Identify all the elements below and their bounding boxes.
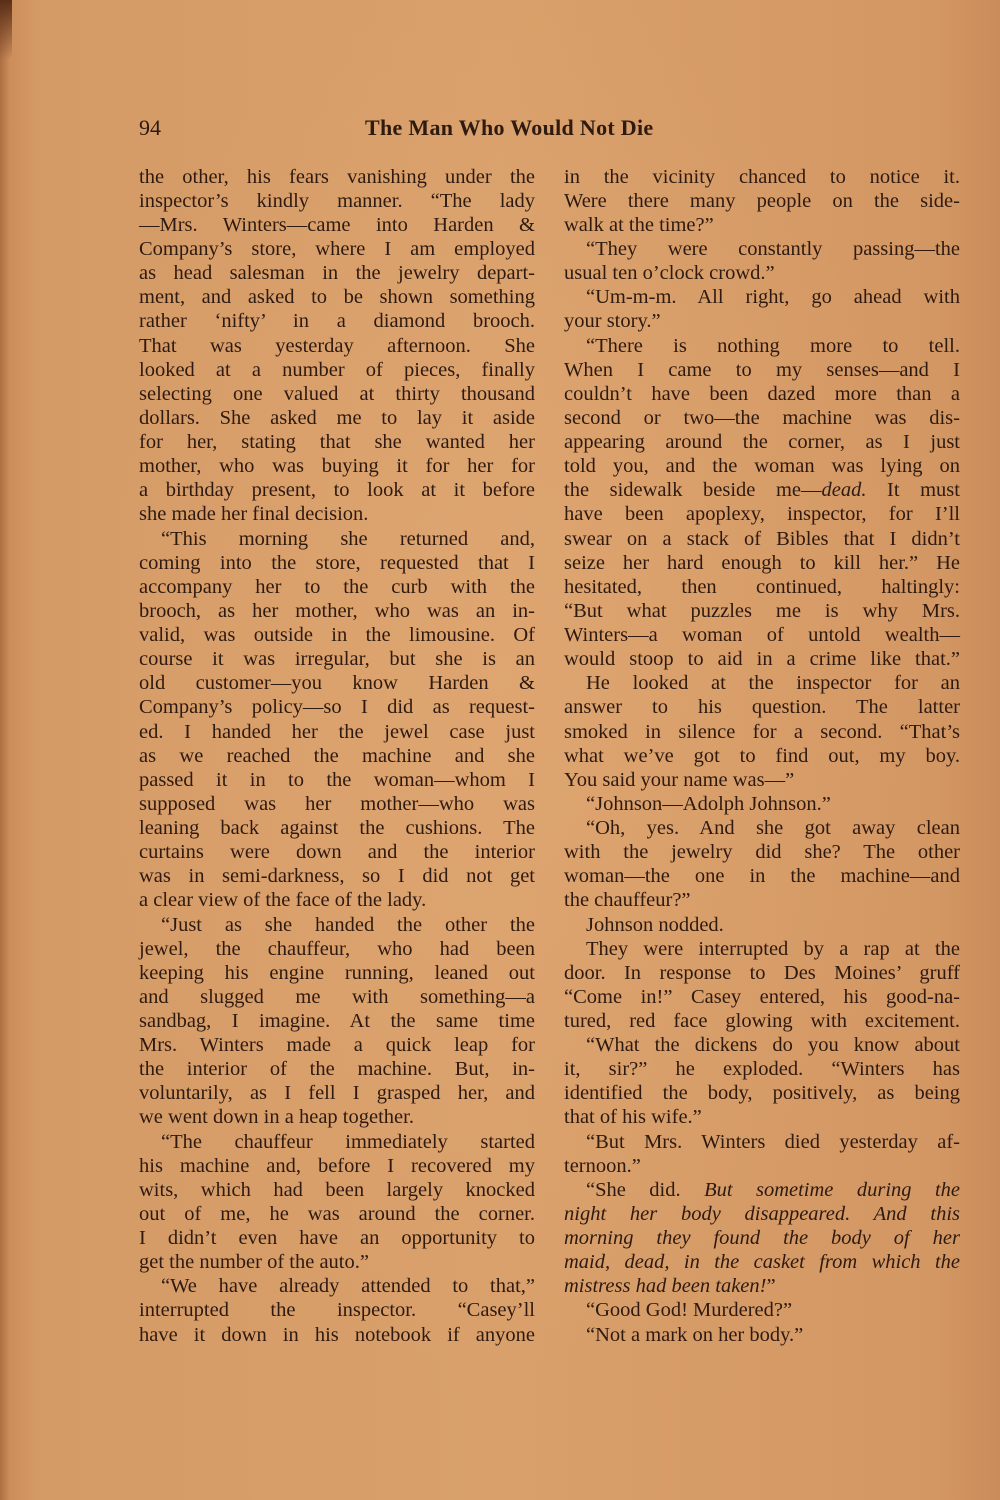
text-run: couldn’t have been dazed more than a xyxy=(564,383,960,405)
text-line: Johnson nodded. xyxy=(564,913,960,937)
text-run: “Good God! Murdered?” xyxy=(586,1299,792,1321)
text-run: voluntarily, as I fell I grasped her, an… xyxy=(139,1082,535,1104)
text-line: —Mrs. Winters—came into Harden & xyxy=(139,213,535,237)
text-run: mother, who was buying it for her for xyxy=(139,455,535,477)
text-line: accompany her to the curb with the xyxy=(139,575,535,599)
text-line: his machine and, before I recovered my xyxy=(139,1154,535,1178)
text-line: Mrs. Winters made a quick leap for xyxy=(139,1033,535,1057)
text-run: inspector’s kindly manner. “The lady xyxy=(139,190,535,212)
text-run: seize her hard enough to kill her.” He xyxy=(564,552,960,574)
text-line: the chauffeur?” xyxy=(564,888,960,912)
text-line: have it down in his notebook if anyone xyxy=(139,1323,535,1347)
text-run: answer to his question. The latter xyxy=(564,696,960,718)
text-line: “There is nothing more to tell. xyxy=(564,334,960,358)
text-line: “Come in!” Casey entered, his good-na- xyxy=(564,985,960,1009)
text-line: identified the body, positively, as bein… xyxy=(564,1081,960,1105)
text-line: course it was irregular, but she is an xyxy=(139,647,535,671)
text-line: morning they found the body of her xyxy=(564,1226,960,1250)
text-run: interrupted the inspector. “Casey’ll xyxy=(139,1299,535,1321)
text-line: the interior of the machine. But, in- xyxy=(139,1057,535,1081)
text-run: and slugged me with something—a xyxy=(139,986,535,1008)
text-run: a clear view of the face of the lady. xyxy=(139,889,426,911)
text-line: “Not a mark on her body.” xyxy=(564,1323,960,1347)
text-run: appearing around the corner, as I just xyxy=(564,431,960,453)
text-line: hesitated, then continued, haltingly: xyxy=(564,575,960,599)
text-run: his machine and, before I recovered my xyxy=(139,1155,535,1177)
text-line: “What the dickens do you know about xyxy=(564,1033,960,1057)
text-run: coming into the store, requested that I xyxy=(139,552,535,574)
text-line: “Oh, yes. And she got away clean xyxy=(564,816,960,840)
italic-text-run: dead. xyxy=(822,479,867,501)
text-line: “They were constantly passing—the xyxy=(564,237,960,261)
text-run: rather ‘nifty’ in a diamond brooch. xyxy=(139,310,535,332)
text-line: “Um-m-m. All right, go ahead with xyxy=(564,285,960,309)
text-run: “There is nothing more to tell. xyxy=(586,335,960,357)
text-line: she made her final decision. xyxy=(139,502,535,526)
text-line: voluntarily, as I fell I grasped her, an… xyxy=(139,1081,535,1105)
text-line: Were there many people on the side- xyxy=(564,189,960,213)
text-line: smoked in silence for a second. “That’s xyxy=(564,720,960,744)
running-title: The Man Who Would Not Die xyxy=(365,114,653,142)
text-run: woman—the one in the machine—and xyxy=(564,865,960,887)
text-run: ternoon.” xyxy=(564,1155,641,1177)
text-run: swear on a stack of Bibles that I didn’t xyxy=(564,528,960,550)
text-line: usual ten o’clock crowd.” xyxy=(564,261,960,285)
text-run: “Come in!” Casey entered, his good-na- xyxy=(564,986,960,1008)
text-run: smoked in silence for a second. “That’s xyxy=(564,721,960,743)
italic-text-run: night her body disappeared. And this xyxy=(564,1203,960,1225)
text-run: she made her final decision. xyxy=(139,503,368,525)
text-line: would stoop to aid in a crime like that.… xyxy=(564,647,960,671)
text-line: told you, and the woman was lying on xyxy=(564,454,960,478)
text-run: “Just as she handed the other the xyxy=(161,914,535,936)
text-run: old customer—you know Harden & xyxy=(139,672,535,694)
text-run: “But Mrs. Winters died yesterday af- xyxy=(586,1131,960,1153)
text-line: mistress had been taken!” xyxy=(564,1274,960,1298)
text-run: that of his wife.” xyxy=(564,1106,702,1128)
text-run: Were there many people on the side- xyxy=(564,190,960,212)
text-run: “Oh, yes. And she got away clean xyxy=(586,817,960,839)
text-line: dollars. She asked me to lay it aside xyxy=(139,406,535,430)
text-run: selecting one valued at thirty thousand xyxy=(139,383,535,405)
text-run: looked at a number of pieces, finally xyxy=(139,359,535,381)
text-line: as we reached the machine and she xyxy=(139,744,535,768)
text-line: I didn’t even have an opportunity to xyxy=(139,1226,535,1250)
page-edge-stain xyxy=(0,0,12,60)
text-line: leaning back against the cushions. The xyxy=(139,816,535,840)
text-run: would stoop to aid in a crime like that.… xyxy=(564,648,960,670)
text-line: for her, stating that she wanted her xyxy=(139,430,535,454)
italic-text-run: maid, dead, in the casket from which the xyxy=(564,1251,960,1273)
text-run: was in semi-darkness, so I did not get xyxy=(139,865,535,887)
text-line: He looked at the inspector for an xyxy=(564,671,960,695)
text-line: keeping his engine running, leaned out xyxy=(139,961,535,985)
text-line: inspector’s kindly manner. “The lady xyxy=(139,189,535,213)
text-run: “She did. xyxy=(586,1179,704,1201)
text-run: passed it in to the woman—whom I xyxy=(139,769,535,791)
text-line: woman—the one in the machine—and xyxy=(564,864,960,888)
text-run: “But what puzzles me is why Mrs. xyxy=(564,600,960,622)
text-run: valid, was outside in the limousine. Of xyxy=(139,624,535,646)
text-run: we went down in a heap together. xyxy=(139,1106,414,1128)
text-line: passed it in to the woman—whom I xyxy=(139,768,535,792)
text-line: “Good God! Murdered?” xyxy=(564,1298,960,1322)
text-line: jewel, the chauffeur, who had been xyxy=(139,937,535,961)
text-line: Company’s store, where I am employed xyxy=(139,237,535,261)
text-line: interrupted the inspector. “Casey’ll xyxy=(139,1298,535,1322)
text-run: get the number of the auto.” xyxy=(139,1251,369,1273)
text-line: “Just as she handed the other the xyxy=(139,913,535,937)
text-line: walk at the time?” xyxy=(564,213,960,237)
text-line: “But what puzzles me is why Mrs. xyxy=(564,599,960,623)
text-run: second or two—the machine was dis- xyxy=(564,407,960,429)
text-run: “Um-m-m. All right, go ahead with xyxy=(586,286,960,308)
text-line: a birthday present, to look at it before xyxy=(139,478,535,502)
text-run: Mrs. Winters made a quick leap for xyxy=(139,1034,535,1056)
text-run: have it down in his notebook if anyone xyxy=(139,1324,535,1346)
text-line: have been apoplexy, inspector, for I’ll xyxy=(564,502,960,526)
text-run: Company’s policy—so I did as request- xyxy=(139,696,535,718)
text-line: wits, which had been largely knocked xyxy=(139,1178,535,1202)
text-line: looked at a number of pieces, finally xyxy=(139,358,535,382)
text-run: as head salesman in the jewelry depart- xyxy=(139,262,535,284)
text-run: ed. I handed her the jewel case just xyxy=(139,721,535,743)
text-line: second or two—the machine was dis- xyxy=(564,406,960,430)
page-header: 94 The Man Who Would Not Die xyxy=(139,114,969,144)
text-line: Company’s policy—so I did as request- xyxy=(139,695,535,719)
text-line: coming into the store, requested that I xyxy=(139,551,535,575)
text-line: They were interrupted by a rap at the xyxy=(564,937,960,961)
text-line: answer to his question. The latter xyxy=(564,695,960,719)
text-line: in the vicinity chanced to notice it. xyxy=(564,165,960,189)
text-line: You said your name was—” xyxy=(564,768,960,792)
text-line: a clear view of the face of the lady. xyxy=(139,888,535,912)
text-run: “This morning she returned and, xyxy=(161,528,535,550)
text-run: leaning back against the cushions. The xyxy=(139,817,535,839)
text-line: sandbag, I imagine. At the same time xyxy=(139,1009,535,1033)
text-run: curtains were down and the interior xyxy=(139,841,535,863)
text-run: ment, and asked to be shown something xyxy=(139,286,535,308)
text-run: sandbag, I imagine. At the same time xyxy=(139,1010,535,1032)
text-run: the sidewalk beside me— xyxy=(564,479,822,501)
text-line: with the jewelry did she? The other xyxy=(564,840,960,864)
text-run: walk at the time?” xyxy=(564,214,714,236)
text-run: dollars. She asked me to lay it aside xyxy=(139,407,535,429)
text-run: usual ten o’clock crowd.” xyxy=(564,262,775,284)
text-line: ternoon.” xyxy=(564,1154,960,1178)
text-line: old customer—you know Harden & xyxy=(139,671,535,695)
text-line: couldn’t have been dazed more than a xyxy=(564,382,960,406)
text-run: Winters—a woman of untold wealth— xyxy=(564,624,960,646)
text-run: the chauffeur?” xyxy=(564,889,691,911)
text-run: I didn’t even have an opportunity to xyxy=(139,1227,535,1249)
text-run: your story.” xyxy=(564,310,661,332)
text-line: ment, and asked to be shown something xyxy=(139,285,535,309)
text-line: door. In response to Des Moines’ gruff xyxy=(564,961,960,985)
text-run: tured, red face glowing with excitement. xyxy=(564,1010,960,1032)
text-run: with the jewelry did she? The other xyxy=(564,841,960,863)
text-run: for her, stating that she wanted her xyxy=(139,431,535,453)
text-line: When I came to my senses—and I xyxy=(564,358,960,382)
text-line: mother, who was buying it for her for xyxy=(139,454,535,478)
text-line: ed. I handed her the jewel case just xyxy=(139,720,535,744)
text-run: the interior of the machine. But, in- xyxy=(139,1058,535,1080)
text-line: out of me, he was around the corner. xyxy=(139,1202,535,1226)
text-line: curtains were down and the interior xyxy=(139,840,535,864)
text-line: supposed was her mother—who was xyxy=(139,792,535,816)
text-line: “Johnson—Adolph Johnson.” xyxy=(564,792,960,816)
text-line: that of his wife.” xyxy=(564,1105,960,1129)
text-run: wits, which had been largely knocked xyxy=(139,1179,535,1201)
text-run: “Not a mark on her body.” xyxy=(586,1324,803,1346)
text-line: your story.” xyxy=(564,309,960,333)
text-run: jewel, the chauffeur, who had been xyxy=(139,938,535,960)
text-run: course it was irregular, but she is an xyxy=(139,648,535,670)
text-run: Johnson nodded. xyxy=(586,914,724,936)
text-run: door. In response to Des Moines’ gruff xyxy=(564,962,960,984)
text-line: valid, was outside in the limousine. Of xyxy=(139,623,535,647)
text-run: keeping his engine running, leaned out xyxy=(139,962,535,984)
text-run: as we reached the machine and she xyxy=(139,745,535,767)
text-run: accompany her to the curb with the xyxy=(139,576,535,598)
text-run: —Mrs. Winters—came into Harden & xyxy=(139,214,535,236)
italic-text-run: mistress had been taken! xyxy=(564,1275,767,1297)
text-line: selecting one valued at thirty thousand xyxy=(139,382,535,406)
text-run: told you, and the woman was lying on xyxy=(564,455,960,477)
text-line: appearing around the corner, as I just xyxy=(564,430,960,454)
text-line: “She did. But sometime during the xyxy=(564,1178,960,1202)
text-run: You said your name was—” xyxy=(564,769,794,791)
text-line: the other, his fears vanishing under the xyxy=(139,165,535,189)
italic-text-run: morning they found the body of her xyxy=(564,1227,960,1249)
text-line: it, sir?” he exploded. “Winters has xyxy=(564,1057,960,1081)
text-run: “Johnson—Adolph Johnson.” xyxy=(586,793,831,815)
text-run: “The chauffeur immediately started xyxy=(161,1131,535,1153)
italic-text-run: But sometime during the xyxy=(704,1179,960,1201)
page-edge-shadow xyxy=(0,0,10,1500)
text-line: “This morning she returned and, xyxy=(139,527,535,551)
text-line: swear on a stack of Bibles that I didn’t xyxy=(564,527,960,551)
text-line: seize her hard enough to kill her.” He xyxy=(564,551,960,575)
text-line: get the number of the auto.” xyxy=(139,1250,535,1274)
text-run: hesitated, then continued, haltingly: xyxy=(564,576,960,598)
text-run: what we’ve got to find out, my boy. xyxy=(564,745,960,767)
text-line: “The chauffeur immediately started xyxy=(139,1130,535,1154)
text-line: “We have already attended to that,” xyxy=(139,1274,535,1298)
text-line: and slugged me with something—a xyxy=(139,985,535,1009)
text-run: When I came to my senses—and I xyxy=(564,359,960,381)
text-run: They were interrupted by a rap at the xyxy=(586,938,960,960)
text-run: it, sir?” he exploded. “Winters has xyxy=(564,1058,960,1080)
text-line: rather ‘nifty’ in a diamond brooch. xyxy=(139,309,535,333)
text-line: was in semi-darkness, so I did not get xyxy=(139,864,535,888)
text-run: brooch, as her mother, who was an in- xyxy=(139,600,535,622)
text-run: the other, his fears vanishing under the xyxy=(139,166,535,188)
text-run: supposed was her mother—who was xyxy=(139,793,535,815)
text-run: “What the dickens do you know about xyxy=(586,1034,960,1056)
text-run: in the vicinity chanced to notice it. xyxy=(564,166,960,188)
text-run: have been apoplexy, inspector, for I’ll xyxy=(564,503,960,525)
text-run: a birthday present, to look at it before xyxy=(139,479,535,501)
text-run: ” xyxy=(767,1275,776,1297)
text-run: identified the body, positively, as bein… xyxy=(564,1082,960,1104)
text-run: “They were constantly passing—the xyxy=(586,238,960,260)
text-run: It must xyxy=(866,479,960,501)
text-line: night her body disappeared. And this xyxy=(564,1202,960,1226)
page-number: 94 xyxy=(139,114,161,142)
text-run: Company’s store, where I am employed xyxy=(139,238,535,260)
text-line: the sidewalk beside me—dead. It must xyxy=(564,478,960,502)
text-run: He looked at the inspector for an xyxy=(586,672,960,694)
text-run: out of me, he was around the corner. xyxy=(139,1203,535,1225)
text-run: “We have already attended to that,” xyxy=(161,1275,535,1297)
text-line: “But Mrs. Winters died yesterday af- xyxy=(564,1130,960,1154)
text-line: what we’ve got to find out, my boy. xyxy=(564,744,960,768)
text-line: Winters—a woman of untold wealth— xyxy=(564,623,960,647)
text-line: That was yesterday afternoon. She xyxy=(139,334,535,358)
text-line: as head salesman in the jewelry depart- xyxy=(139,261,535,285)
text-run: That was yesterday afternoon. She xyxy=(139,335,535,357)
text-line: we went down in a heap together. xyxy=(139,1105,535,1129)
text-line: tured, red face glowing with excitement. xyxy=(564,1009,960,1033)
text-line: brooch, as her mother, who was an in- xyxy=(139,599,535,623)
text-line: maid, dead, in the casket from which the xyxy=(564,1250,960,1274)
